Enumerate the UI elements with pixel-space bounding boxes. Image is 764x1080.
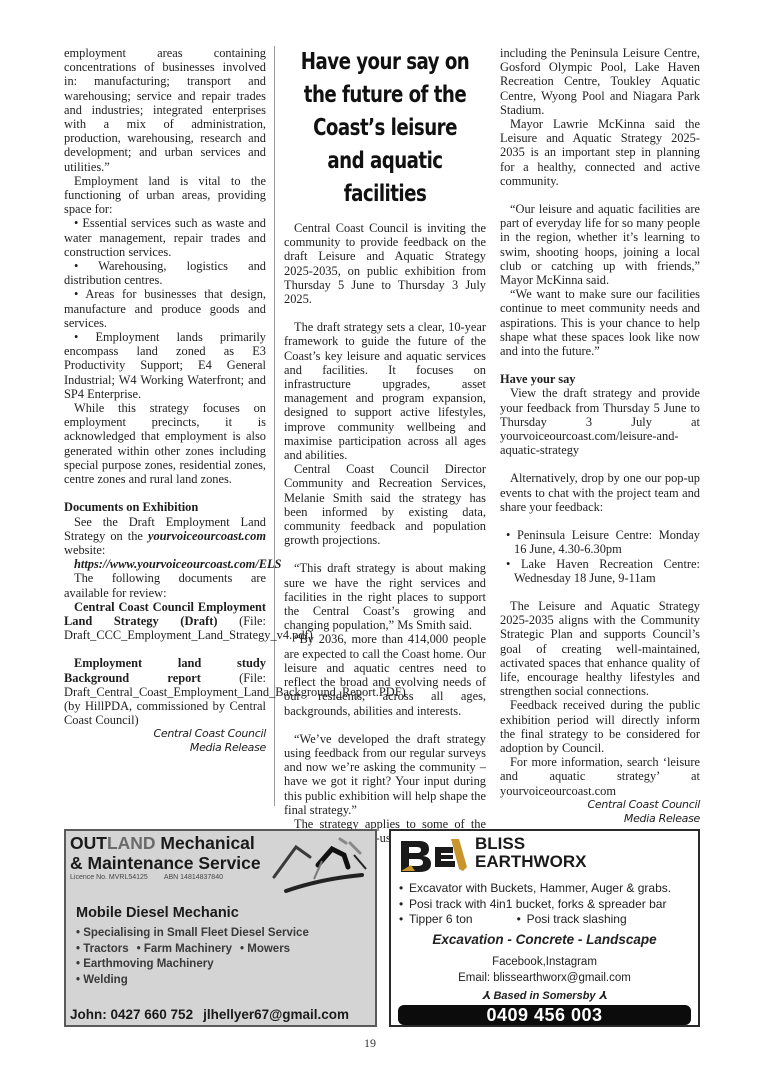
phone-number[interactable]: 0409 456 003 xyxy=(398,1005,691,1025)
paragraph: “We’ve developed the draft strategy usin… xyxy=(284,732,486,817)
paragraph: “This draft strategy is about making sur… xyxy=(284,561,486,632)
ad-title: OUTLAND Mechanical xyxy=(70,833,255,853)
article-headline: Have your say on the future of the Coast… xyxy=(296,46,474,211)
signature: Central Coast Council Media Release xyxy=(64,727,266,755)
url-link[interactable]: https://www.yourvoiceourcoast.com/ELS xyxy=(64,557,266,571)
mountain-logo-icon xyxy=(270,835,374,895)
service-item: • Tractors• Farm Machinery• Mowers xyxy=(76,942,309,958)
paragraph: Feedback received during the public exhi… xyxy=(500,698,700,755)
ad-subtitle: Mobile Diesel Mechanic xyxy=(76,905,239,921)
bullet: • Employment lands primarily encompass l… xyxy=(64,330,266,401)
paragraph: Mayor Lawrie McKinna said the Leisure an… xyxy=(500,117,700,188)
paragraph: “We want to make sure our facilities con… xyxy=(500,287,700,358)
email-link[interactable]: Email: blissearthworx@gmail.com xyxy=(391,972,698,984)
service-item: •Excavator with Buckets, Hammer, Auger &… xyxy=(399,881,671,897)
paragraph: Central Coast Council is inviting the co… xyxy=(284,221,486,306)
paragraph: employment areas containing concentratio… xyxy=(64,46,266,174)
ad-title-line2: & Maintenance Service xyxy=(70,853,261,873)
social-links: Facebook,Instagram xyxy=(391,956,698,968)
ad-tagline: Excavation - Concrete - Landscape xyxy=(391,932,698,947)
service-item: •Posi track with 4in1 bucket, forks & sp… xyxy=(399,897,671,913)
advertisement-outland: OUTLAND Mechanical & Maintenance Service… xyxy=(64,829,377,1027)
advertisement-bliss-earthworx: BLISS EARTHWORX •Excavator with Buckets,… xyxy=(389,829,700,1027)
column-article-continued: including the Peninsula Leisure Centre, … xyxy=(500,46,700,826)
service-item: • Earthmoving Machinery xyxy=(76,957,309,973)
paragraph: “By 2036, more than 414,000 people are e… xyxy=(284,632,486,717)
document-item: Employment land study Background report … xyxy=(64,656,266,727)
paragraph: Employment land is vital to the function… xyxy=(64,174,266,217)
bullet: • Areas for businesses that design, manu… xyxy=(64,287,266,330)
event-item: • Lake Haven Recreation Centre: Wednesda… xyxy=(504,557,700,585)
page-number: 19 xyxy=(360,1036,380,1051)
service-item: •Tipper 6 ton•Posi track slashing xyxy=(399,912,671,928)
tent-icon: ⅄ xyxy=(599,990,607,1002)
service-list: •Excavator with Buckets, Hammer, Auger &… xyxy=(399,881,671,928)
contact-line: John: 0427 660 752jlhellyer67@gmail.com xyxy=(70,1007,349,1022)
paragraph: Alternatively, drop by one our pop-up ev… xyxy=(500,471,700,514)
paragraph: View the draft strategy and provide your… xyxy=(500,386,700,457)
event-list: • Peninsula Leisure Centre: Monday 16 Ju… xyxy=(500,528,700,585)
paragraph: “Our leisure and aquatic facilities are … xyxy=(500,202,700,287)
paragraph: The following documents are available fo… xyxy=(64,571,266,599)
paragraph: While this strategy focuses on employmen… xyxy=(64,401,266,486)
section-heading: Documents on Exhibition xyxy=(64,500,266,514)
column-article: Have your say on the future of the Coast… xyxy=(284,46,486,845)
bullet: • Essential services such as waste and w… xyxy=(64,216,266,259)
bullet: • Warehousing, logistics and distributio… xyxy=(64,259,266,287)
company-name: BLISS EARTHWORX xyxy=(475,835,586,871)
service-item: • Specialising in Small Fleet Diesel Ser… xyxy=(76,926,309,942)
bliss-logo-icon xyxy=(399,837,473,875)
paragraph: See the Draft Employment Land Strategy o… xyxy=(64,515,266,558)
phone-number[interactable]: John: 0427 660 752 xyxy=(70,1007,193,1022)
tent-icon: ⅄ xyxy=(482,990,490,1002)
section-heading: Have your say xyxy=(500,372,700,386)
event-item: • Peninsula Leisure Centre: Monday 16 Ju… xyxy=(504,528,700,556)
paragraph: For more information, search ‘leisure an… xyxy=(500,755,700,798)
paragraph: The Leisure and Aquatic Strategy 2025-20… xyxy=(500,599,700,698)
licence-info: Licence No. MVRL54125ABN 14814837840 xyxy=(70,874,223,881)
email-link[interactable]: jlhellyer67@gmail.com xyxy=(203,1007,349,1022)
paragraph: The draft strategy sets a clear, 10-year… xyxy=(284,320,486,462)
paragraph: including the Peninsula Leisure Centre, … xyxy=(500,46,700,117)
location: ⅄ Based in Somersby ⅄ xyxy=(391,989,698,1002)
website-link[interactable]: yourvoiceourcoast.com xyxy=(148,529,266,543)
service-list: • Specialising in Small Fleet Diesel Ser… xyxy=(76,926,309,988)
service-item: • Welding xyxy=(76,973,309,989)
paragraph: Central Coast Council Director Community… xyxy=(284,462,486,547)
signature: Central Coast Council Media Release xyxy=(500,798,700,826)
document-item: Central Coast Council Employment Land St… xyxy=(64,600,266,643)
column-employment-land: employment areas containing concentratio… xyxy=(64,46,266,755)
